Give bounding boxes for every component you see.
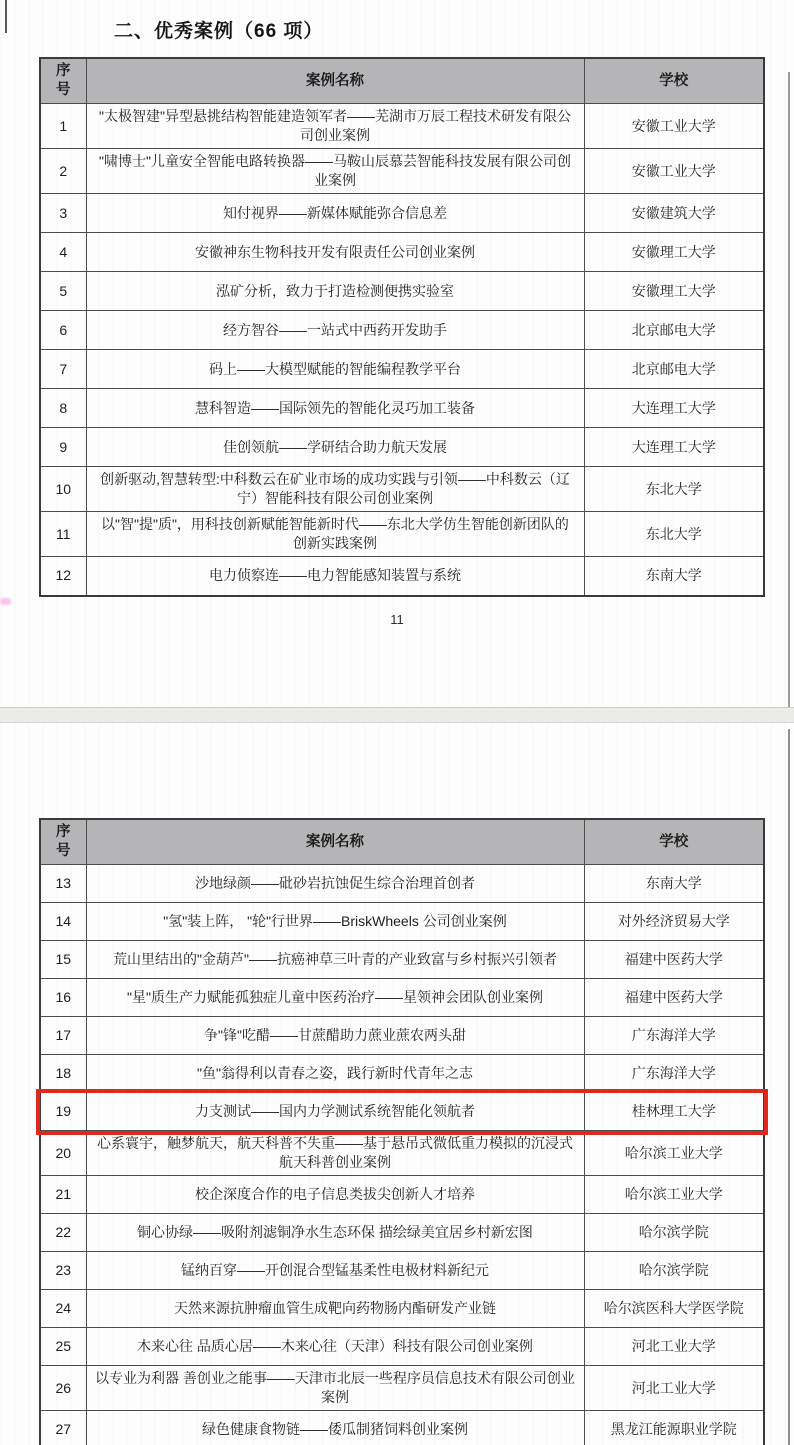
row-number-cell: 9: [40, 428, 86, 467]
cases-table-page1: 序号 案例名称 学校 1"太极智建"异型悬挑结构智能建造领军者——芜湖市万辰工程…: [39, 57, 765, 597]
row-number-cell: 18: [40, 1055, 86, 1093]
row-number-cell: 21: [40, 1176, 86, 1214]
header-no: 序号: [40, 819, 86, 865]
table-row: 26以专业为利器 善创业之能事——天津市北辰一些程序员信息技术有限公司创业案例河…: [40, 1366, 764, 1411]
school-cell: 安徽理工大学: [584, 272, 764, 311]
table-row: 21校企深度合作的电子信息类拔尖创新人才培养哈尔滨工业大学: [40, 1176, 764, 1214]
case-name-cell: 慧科智造——国际领先的智能化灵巧加工装备: [86, 389, 584, 428]
school-cell: 对外经济贸易大学: [584, 903, 764, 941]
row-number-cell: 8: [40, 389, 86, 428]
header-no: 序号: [40, 58, 86, 104]
school-cell: 哈尔滨医科大学医学院: [584, 1290, 764, 1328]
table-row: 18"鱼"翁得利以青春之姿，践行新时代青年之志广东海洋大学: [40, 1055, 764, 1093]
school-cell: 安徽工业大学: [584, 104, 764, 149]
table-row: 15荒山里结出的"金葫芦"——抗癌神草三叶青的产业致富与乡村振兴引领者福建中医药…: [40, 941, 764, 979]
header-school: 学校: [584, 58, 764, 104]
scanned-page-2: 序号 案例名称 学校 13沙地绿颜——砒砂岩抗蚀促生综合治理首创者东南大学14"…: [0, 723, 794, 1445]
table-body-page1: 1"太极智建"异型悬挑结构智能建造领军者——芜湖市万辰工程技术研发有限公司创业案…: [40, 104, 764, 596]
school-cell: 安徽理工大学: [584, 233, 764, 272]
header-case-name: 案例名称: [86, 819, 584, 865]
case-name-cell: "啸博士"儿童安全智能电路转换器——马鞍山辰慕芸智能科技发展有限公司创业案例: [86, 149, 584, 194]
school-cell: 东北大学: [584, 467, 764, 512]
case-name-cell: 校企深度合作的电子信息类拔尖创新人才培养: [86, 1176, 584, 1214]
school-cell: 福建中医药大学: [584, 979, 764, 1017]
row-number-cell: 3: [40, 194, 86, 233]
case-name-cell: 沙地绿颜——砒砂岩抗蚀促生综合治理首创者: [86, 865, 584, 903]
case-name-cell: 荒山里结出的"金葫芦"——抗癌神草三叶青的产业致富与乡村振兴引领者: [86, 941, 584, 979]
school-cell: 北京邮电大学: [584, 311, 764, 350]
page-edge-shadow: [788, 729, 790, 1445]
case-name-cell: 电力侦察连——电力智能感知装置与系统: [86, 557, 584, 596]
row-number-cell: 15: [40, 941, 86, 979]
table-row: 5泓矿分析，致力于打造检测便携实验室安徽理工大学: [40, 272, 764, 311]
case-name-cell: 经方智谷——一站式中西药开发助手: [86, 311, 584, 350]
case-name-cell: 安徽神东生物科技开发有限责任公司创业案例: [86, 233, 584, 272]
school-cell: 桂林理工大学: [584, 1093, 764, 1131]
table-row: 6经方智谷——一站式中西药开发助手北京邮电大学: [40, 311, 764, 350]
school-cell: 哈尔滨学院: [584, 1214, 764, 1252]
row-number-cell: 16: [40, 979, 86, 1017]
table-row: 3知付视界——新媒体赋能弥合信息差安徽建筑大学: [40, 194, 764, 233]
row-number-cell: 20: [40, 1131, 86, 1176]
case-name-cell: "星"质生产力赋能孤独症儿童中医药治疗——星领神会团队创业案例: [86, 979, 584, 1017]
case-name-cell: "太极智建"异型悬挑结构智能建造领军者——芜湖市万辰工程技术研发有限公司创业案例: [86, 104, 584, 149]
table-row: 22铜心协绿——吸附剂滤铜净水生态环保 描绘绿美宜居乡村新宏图哈尔滨学院: [40, 1214, 764, 1252]
table-row: 27绿色健康食物链——倭瓜制猪饲料创业案例黑龙江能源职业学院: [40, 1411, 764, 1445]
school-cell: 东南大学: [584, 865, 764, 903]
case-name-cell: 泓矿分析，致力于打造检测便携实验室: [86, 272, 584, 311]
header-school: 学校: [584, 819, 764, 865]
table-row: 23锰纳百穿——开创混合型锰基柔性电极材料新纪元哈尔滨学院: [40, 1252, 764, 1290]
school-cell: 河北工业大学: [584, 1366, 764, 1411]
school-cell: 河北工业大学: [584, 1328, 764, 1366]
table-row: 9佳创领航——学研结合助力航天发展大连理工大学: [40, 428, 764, 467]
case-name-cell: 心系寰宇，触梦航天，航天科普不失重——基于悬吊式微低重力模拟的沉浸式航天科普创业…: [86, 1131, 584, 1176]
case-name-cell: 创新驱动,智慧转型:中科数云在矿业市场的成功实践与引领——中科数云（辽宁）智能科…: [86, 467, 584, 512]
school-cell: 安徽建筑大学: [584, 194, 764, 233]
table-row: 13沙地绿颜——砒砂岩抗蚀促生综合治理首创者东南大学: [40, 865, 764, 903]
school-cell: 哈尔滨工业大学: [584, 1176, 764, 1214]
row-number-cell: 23: [40, 1252, 86, 1290]
case-name-cell: 以专业为利器 善创业之能事——天津市北辰一些程序员信息技术有限公司创业案例: [86, 1366, 584, 1411]
page-separator: [0, 707, 794, 723]
row-number-cell: 14: [40, 903, 86, 941]
row-number-cell: 5: [40, 272, 86, 311]
row-number-cell: 11: [40, 512, 86, 557]
table-row: 8慧科智造——国际领先的智能化灵巧加工装备大连理工大学: [40, 389, 764, 428]
row-number-cell: 24: [40, 1290, 86, 1328]
school-cell: 黑龙江能源职业学院: [584, 1411, 764, 1445]
table-row: 12电力侦察连——电力智能感知装置与系统东南大学: [40, 557, 764, 596]
table-row: 24天然来源抗肿瘤血管生成靶向药物肠内酯研发产业链哈尔滨医科大学医学院: [40, 1290, 764, 1328]
table-row: 1"太极智建"异型悬挑结构智能建造领军者——芜湖市万辰工程技术研发有限公司创业案…: [40, 104, 764, 149]
scanned-page-1: 二、优秀案例（66 项） 序号 案例名称 学校 1"太极智建"异型悬挑结构智能建…: [0, 0, 794, 707]
case-name-cell: 以"智"提"质"，用科技创新赋能智能新时代——东北大学仿生智能创新团队的创新实践…: [86, 512, 584, 557]
row-number-cell: 7: [40, 350, 86, 389]
table-row: 10创新驱动,智慧转型:中科数云在矿业市场的成功实践与引领——中科数云（辽宁）智…: [40, 467, 764, 512]
case-name-cell: "氢"装上阵， "轮"行世界——BriskWheels 公司创业案例: [86, 903, 584, 941]
school-cell: 广东海洋大学: [584, 1017, 764, 1055]
case-name-cell: 绿色健康食物链——倭瓜制猪饲料创业案例: [86, 1411, 584, 1445]
school-cell: 东南大学: [584, 557, 764, 596]
row-number-cell: 25: [40, 1328, 86, 1366]
row-number-cell: 10: [40, 467, 86, 512]
row-number-cell: 27: [40, 1411, 86, 1445]
table-row: 4安徽神东生物科技开发有限责任公司创业案例安徽理工大学: [40, 233, 764, 272]
case-name-cell: 码上——大模型赋能的智能编程教学平台: [86, 350, 584, 389]
row-number-cell: 22: [40, 1214, 86, 1252]
row-number-cell: 1: [40, 104, 86, 149]
school-cell: 哈尔滨学院: [584, 1252, 764, 1290]
table-header-row: 序号 案例名称 学校: [40, 819, 764, 865]
school-cell: 广东海洋大学: [584, 1055, 764, 1093]
case-name-cell: "鱼"翁得利以青春之姿，践行新时代青年之志: [86, 1055, 584, 1093]
row-number-cell: 2: [40, 149, 86, 194]
school-cell: 北京邮电大学: [584, 350, 764, 389]
highlighted-table-row: 19力支测试——国内力学测试系统智能化领航者桂林理工大学: [40, 1093, 764, 1131]
school-cell: 大连理工大学: [584, 389, 764, 428]
table-row: 16"星"质生产力赋能孤独症儿童中医药治疗——星领神会团队创业案例福建中医药大学: [40, 979, 764, 1017]
section-title: 二、优秀案例（66 项）: [114, 16, 323, 43]
case-name-cell: 佳创领航——学研结合助力航天发展: [86, 428, 584, 467]
row-number-cell: 6: [40, 311, 86, 350]
table-row: 25木来心往 品质心居——木来心往（天津）科技有限公司创业案例河北工业大学: [40, 1328, 764, 1366]
row-number-cell: 17: [40, 1017, 86, 1055]
header-case-name: 案例名称: [86, 58, 584, 104]
school-cell: 大连理工大学: [584, 428, 764, 467]
table-row: 7码上——大模型赋能的智能编程教学平台北京邮电大学: [40, 350, 764, 389]
cases-table-page2: 序号 案例名称 学校 13沙地绿颜——砒砂岩抗蚀促生综合治理首创者东南大学14"…: [39, 818, 765, 1445]
table-row: 20心系寰宇，触梦航天，航天科普不失重——基于悬吊式微低重力模拟的沉浸式航天科普…: [40, 1131, 764, 1176]
scan-edge-mark: [5, 0, 7, 33]
table-row: 2"啸博士"儿童安全智能电路转换器——马鞍山辰慕芸智能科技发展有限公司创业案例安…: [40, 149, 764, 194]
table-row: 17争"锋"吃醋——甘蔗醋助力蔗业蔗农两头甜广东海洋大学: [40, 1017, 764, 1055]
school-cell: 安徽工业大学: [584, 149, 764, 194]
table-body-page2: 13沙地绿颜——砒砂岩抗蚀促生综合治理首创者东南大学14"氢"装上阵， "轮"行…: [40, 865, 764, 1445]
case-name-cell: 知付视界——新媒体赋能弥合信息差: [86, 194, 584, 233]
school-cell: 哈尔滨工业大学: [584, 1131, 764, 1176]
row-number-cell: 13: [40, 865, 86, 903]
table-row: 11以"智"提"质"，用科技创新赋能智能新时代——东北大学仿生智能创新团队的创新…: [40, 512, 764, 557]
row-number-cell: 12: [40, 557, 86, 596]
case-name-cell: 力支测试——国内力学测试系统智能化领航者: [86, 1093, 584, 1131]
school-cell: 东北大学: [584, 512, 764, 557]
page-number: 11: [0, 612, 794, 627]
school-cell: 福建中医药大学: [584, 941, 764, 979]
scan-smudge: [0, 598, 11, 605]
table-header-row: 序号 案例名称 学校: [40, 58, 764, 104]
row-number-cell: 26: [40, 1366, 86, 1411]
case-name-cell: 木来心往 品质心居——木来心往（天津）科技有限公司创业案例: [86, 1328, 584, 1366]
case-name-cell: 争"锋"吃醋——甘蔗醋助力蔗业蔗农两头甜: [86, 1017, 584, 1055]
case-name-cell: 天然来源抗肿瘤血管生成靶向药物肠内酯研发产业链: [86, 1290, 584, 1328]
case-name-cell: 铜心协绿——吸附剂滤铜净水生态环保 描绘绿美宜居乡村新宏图: [86, 1214, 584, 1252]
table-row: 14"氢"装上阵， "轮"行世界——BriskWheels 公司创业案例对外经济…: [40, 903, 764, 941]
case-name-cell: 锰纳百穿——开创混合型锰基柔性电极材料新纪元: [86, 1252, 584, 1290]
row-number-cell: 19: [40, 1093, 86, 1131]
row-number-cell: 4: [40, 233, 86, 272]
